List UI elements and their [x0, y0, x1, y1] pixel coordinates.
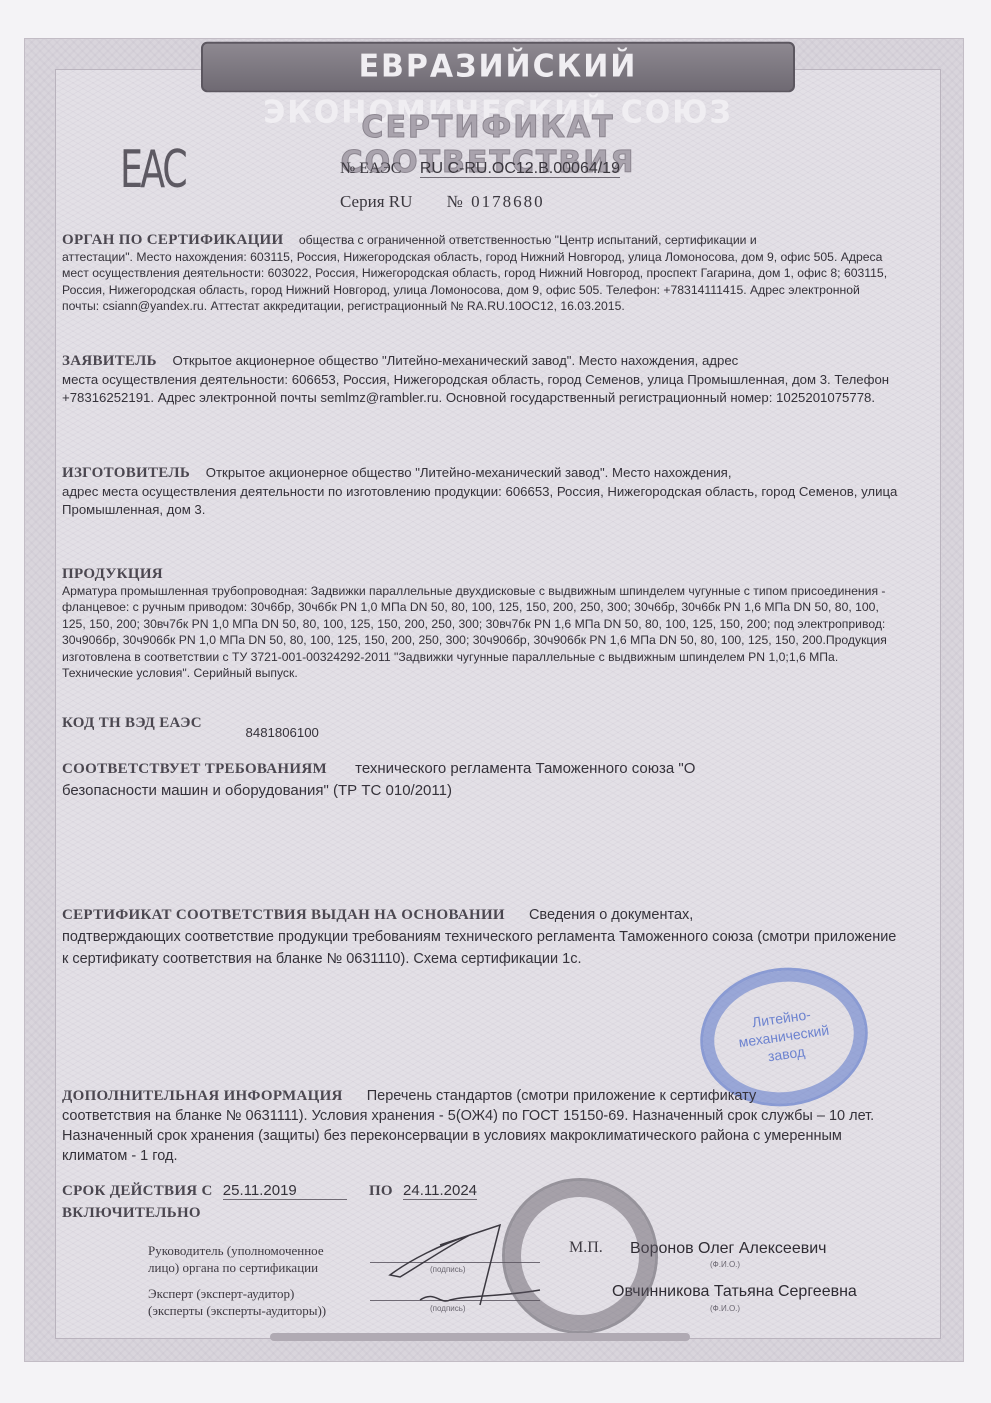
section-heading: СООТВЕТСТВУЕТ ТРЕБОВАНИЯМ	[62, 761, 327, 777]
certificate-number-value: RU C-RU.ОС12.В.00064/19	[420, 160, 620, 178]
seal-label: М.П.	[569, 1239, 603, 1257]
section-hs-code: КОД ТН ВЭД ЕАЭС 8481806100	[62, 714, 898, 733]
section-heading: ИЗГОТОВИТЕЛЬ	[62, 465, 190, 481]
label-line: Эксперт (эксперт-аудитор)	[148, 1285, 326, 1302]
section-text-first: Открытое акционерное общество "Литейно-м…	[206, 465, 732, 480]
section-text: безопасности машин и оборудования" (ТР Т…	[62, 782, 452, 799]
hs-code-value: 8481806100	[246, 725, 319, 740]
form-footer-strip	[270, 1333, 690, 1341]
series-number: № 0178680	[447, 192, 545, 211]
section-heading: ПРОДУКЦИЯ	[62, 566, 898, 583]
certificate-number: № ЕАЭС RU C-RU.ОС12.В.00064/19	[340, 160, 620, 178]
eac-logo-icon: ЕАС	[120, 140, 185, 200]
label-line: (эксперты (эксперты-аудиторы))	[148, 1302, 326, 1319]
section-heading: СЕРТИФИКАТ СООТВЕТСТВИЯ ВЫДАН НА ОСНОВАН…	[62, 907, 505, 923]
section-text-first: общества с ограниченной ответственностью…	[299, 233, 757, 247]
name-caption: (Ф.И.О.)	[710, 1260, 740, 1269]
section-text: адрес места осуществления деятельности п…	[62, 484, 897, 517]
section-complies: СООТВЕТСТВУЕТ ТРЕБОВАНИЯМ технического р…	[62, 758, 898, 802]
validity-from-label: СРОК ДЕЙСТВИЯ С	[62, 1183, 213, 1199]
validity-to-date: 24.11.2024	[403, 1182, 477, 1200]
section-certification-body: ОРГАН ПО СЕРТИФИКАЦИИ общества с огранич…	[62, 232, 898, 315]
section-text-first: технического регламента Таможенного союз…	[355, 760, 695, 777]
validity-from-date: 25.11.2019	[223, 1182, 347, 1200]
head-signatory-name: Воронов Олег Алексеевич	[630, 1240, 826, 1258]
section-heading: ДОПОЛНИТЕЛЬНАЯ ИНФОРМАЦИЯ	[62, 1088, 343, 1104]
certificate-series: Серия RU № 0178680	[340, 192, 545, 212]
validity-inclusive: ВКЛЮЧИТЕЛЬНО	[62, 1205, 201, 1221]
section-text-first: Открытое акционерное общество "Литейно-м…	[173, 353, 739, 368]
section-heading: КОД ТН ВЭД ЕАЭС	[62, 715, 202, 731]
expert-signatory-label: Эксперт (эксперт-аудитор) (эксперты (экс…	[148, 1285, 326, 1319]
section-manufacturer: ИЗГОТОВИТЕЛЬ Открытое акционерное общест…	[62, 464, 898, 518]
label-line: Руководитель (уполномоченное	[148, 1242, 324, 1259]
section-additional-info: ДОПОЛНИТЕЛЬНАЯ ИНФОРМАЦИЯ Перечень станд…	[62, 1086, 898, 1166]
section-applicant: ЗАЯВИТЕЛЬ Открытое акционерное общество …	[62, 352, 898, 406]
section-text-first: Сведения о документах,	[529, 907, 693, 923]
section-heading: ОРГАН ПО СЕРТИФИКАЦИИ	[62, 232, 284, 248]
section-product: ПРОДУКЦИЯ Арматура промышленная трубопро…	[62, 566, 898, 682]
label-line: лицо) органа по сертификации	[148, 1259, 324, 1276]
section-text: Арматура промышленная трубопроводная: За…	[62, 584, 887, 681]
certification-body-seal: М.П.	[502, 1178, 658, 1334]
series-label: Серия RU	[340, 192, 412, 211]
section-heading: ЗАЯВИТЕЛЬ	[62, 353, 157, 369]
section-text: соответствия на бланке № 0631111). Услов…	[62, 1108, 874, 1164]
name-caption: (Ф.И.О.)	[710, 1304, 740, 1313]
section-text: места осуществления деятельности: 606653…	[62, 372, 889, 405]
validity-to-label: ПО	[369, 1183, 393, 1199]
certificate-number-label: № ЕАЭС	[340, 160, 401, 177]
section-text-first: Перечень стандартов (смотри приложение к…	[367, 1088, 756, 1104]
section-basis: СЕРТИФИКАТ СООТВЕТСТВИЯ ВЫДАН НА ОСНОВАН…	[62, 904, 898, 970]
union-banner: ЕВРАЗИЙСКИЙ ЭКОНОМИЧЕСКИЙ СОЮЗ	[201, 42, 795, 92]
head-signatory-label: Руководитель (уполномоченное лицо) орган…	[148, 1242, 324, 1276]
section-text: аттестации". Место нахождения: 603115, Р…	[62, 250, 887, 314]
section-text: подтверждающих соответствие продукции тр…	[62, 929, 896, 967]
